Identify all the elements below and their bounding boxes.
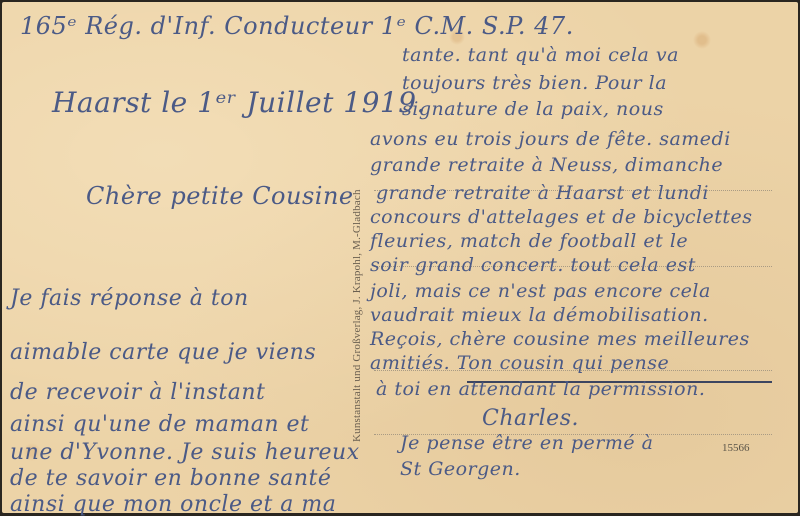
postcard: 165ᵉ Rég. d'Inf. Conducteur 1ᵉ C.M. S.P.…: [2, 2, 798, 513]
right-text-line: vaudrait mieux la démobilisation.: [370, 304, 709, 326]
left-text-line: de recevoir à l'instant: [10, 380, 265, 405]
card-number: 15566: [722, 442, 750, 454]
left-text-line: une d'Yvonne. Je suis heureux: [10, 440, 360, 465]
left-text-line: de te savoir en bonne santé: [10, 466, 331, 491]
date-line: Haarst le 1ᵉʳ Juillet 1919.: [52, 86, 426, 119]
publisher-imprint: Kunstanstalt und Großverlag, J. Krapohl,…: [351, 189, 363, 442]
left-text-line: aimable carte que je viens: [10, 340, 316, 365]
right-text-line: concours d'attelages et de bicyclettes: [370, 206, 753, 228]
right-text-line: fleuries, match de football et le: [370, 230, 688, 252]
right-text-line: joli, mais ce n'est pas encore cela: [370, 280, 711, 302]
right-text-line: grande retraite à Neuss, dimanche: [370, 154, 723, 176]
signature: Charles.: [482, 406, 579, 431]
greeting: Chère petite Cousine: [86, 182, 354, 210]
right-text-line: signature de la paix, nous: [402, 98, 664, 120]
right-text-line: amitiés. Ton cousin qui pense: [370, 352, 669, 374]
right-text-line: Reçois, chère cousine mes meilleures: [370, 328, 750, 350]
right-text-line: toujours très bien. Pour la: [402, 72, 667, 94]
right-text-line: St Georgen.: [400, 458, 521, 480]
right-text-line: tante. tant qu'à moi cela va: [402, 44, 679, 66]
right-text-line: soir grand concert. tout cela est: [370, 254, 696, 276]
right-text-line: Je pense être en permé à: [400, 432, 653, 454]
left-text-line: Je fais réponse à ton: [10, 286, 249, 311]
right-text-line: avons eu trois jours de fête. samedi: [370, 128, 731, 150]
left-text-line: ainsi que mon oncle et a ma: [10, 492, 336, 516]
left-text-line: ainsi qu'une de maman et: [10, 412, 309, 437]
regiment-header: 165ᵉ Rég. d'Inf. Conducteur 1ᵉ C.M. S.P.…: [20, 12, 574, 40]
right-text-line: à toi en attendant la permission.: [376, 378, 705, 400]
right-text-line: grande retraite à Haarst et lundi: [376, 182, 709, 204]
